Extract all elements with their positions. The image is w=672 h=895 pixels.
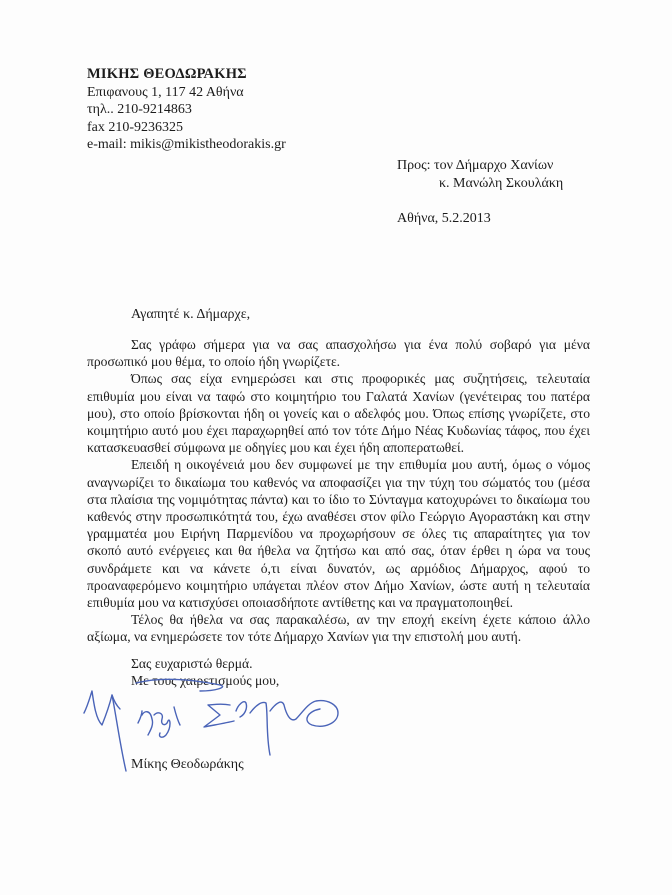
sender-name: ΜΙΚΗΣ ΘΕΟΔΩΡΑΚΗΣ <box>87 66 286 84</box>
paragraph-3: Επειδή η οικογένειά μου δεν συμφωνεί με … <box>87 456 590 611</box>
letter-date: Αθήνα, 5.2.2013 <box>397 211 491 227</box>
paragraph-2: Όπως σας είχα ενημερώσει και στις προφορ… <box>87 370 590 456</box>
letter-page: ΜΙΚΗΣ ΘΕΟΔΩΡΑΚΗΣ Επιφανους 1, 117 42 Αθή… <box>0 0 672 895</box>
sender-fax: fax 210-9236325 <box>87 119 286 137</box>
signer-name: Μίκης Θεοδωράκης <box>131 757 244 773</box>
sender-block: ΜΙΚΗΣ ΘΕΟΔΩΡΑΚΗΣ Επιφανους 1, 117 42 Αθή… <box>87 66 286 154</box>
sender-phone: τηλ.. 210-9214863 <box>87 101 286 119</box>
paragraph-4: Τέλος θα ήθελα να σας παρακαλέσω, αν την… <box>87 611 590 645</box>
paragraph-1: Σας γράφω σήμερα για να σας απασχολήσω γ… <box>87 336 590 370</box>
closing-thanks: Σας ευχαριστώ θερμά. <box>131 655 279 672</box>
recipient-line-1: Προς: τον Δήμαρχο Χανίων <box>397 157 563 175</box>
sender-email: e-mail: mikis@mikistheodorakis.gr <box>87 136 286 154</box>
salutation: Αγαπητέ κ. Δήμαρχε, <box>131 307 250 323</box>
recipient-line-2: κ. Μανώλη Σκουλάκη <box>397 175 563 193</box>
recipient-block: Προς: τον Δήμαρχο Χανίων κ. Μανώλη Σκουλ… <box>397 157 563 192</box>
sender-address: Επιφανους 1, 117 42 Αθήνα <box>87 84 286 102</box>
letter-body: Σας γράφω σήμερα για να σας απασχολήσω γ… <box>87 336 590 646</box>
